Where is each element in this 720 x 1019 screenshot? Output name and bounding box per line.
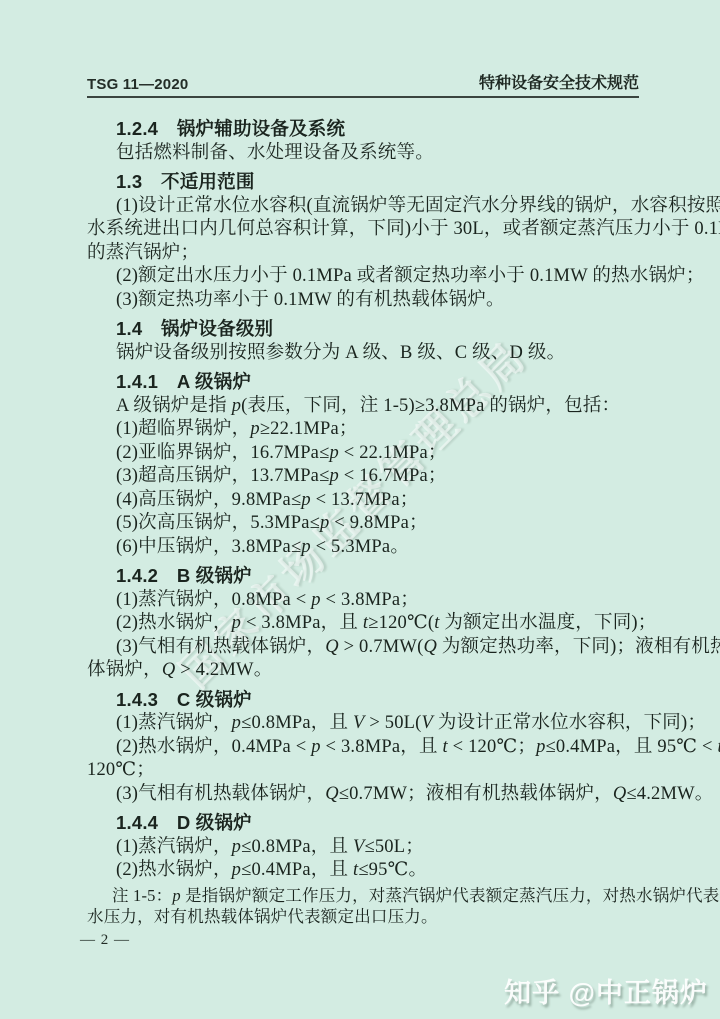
text-line: (4)高压锅炉，9.8MPa≤p < 13.7MPa； [87, 489, 639, 513]
brand-watermark: 知乎 @中正锅炉 [504, 971, 708, 1010]
text-segment: (3)额定热功率小于 0.1MW 的有机热载体锅炉。 [116, 290, 505, 310]
page-content: TSG 11—2020 特种设备安全技术规范 1.2.4 锅炉辅助设备及系统包括… [87, 70, 639, 927]
text-segment: (5)次高压锅炉，5.3MPa≤ [116, 513, 320, 533]
text-segment: 水压力，对有机热载体锅炉代表额定出口压力。 [87, 907, 438, 926]
section-heading: 1.4.1 A 级锅炉 [87, 370, 639, 394]
variable-symbol: p [311, 590, 320, 610]
text-segment: (3)气相有机热载体锅炉， [116, 637, 325, 657]
text-segment: 水系统进出口内几何总容积计算，下同)小于 30L，或者额定蒸汽压力小于 0.1M… [87, 219, 720, 239]
text-segment: < 16.7MPa； [339, 466, 447, 486]
text-segment: ≤4.2MW。 [626, 784, 713, 804]
text-segment: < 3.8MPa，且 [241, 613, 363, 633]
variable-symbol: p [172, 886, 180, 905]
text-segment: < 120℃； [448, 737, 536, 757]
section-heading: 1.3 不适用范围 [87, 170, 639, 194]
text-segment: > 4.2MW。 [175, 660, 272, 680]
document-body: 1.2.4 锅炉辅助设备及系统包括燃料制备、水处理设备及系统等。1.3 不适用范… [87, 117, 639, 927]
text-line: (3)气相有机热载体锅炉，Q≤0.7MW；液相有机热载体锅炉，Q≤4.2MW。 [87, 783, 639, 807]
section-heading: 1.4.4 D 级锅炉 [87, 811, 639, 835]
text-segment: (2)热水锅炉， [116, 860, 232, 880]
text-segment: (2)热水锅炉， [116, 613, 232, 633]
section-heading: 1.2.4 锅炉辅助设备及系统 [87, 117, 639, 141]
text-line: (1)蒸汽锅炉，p≤0.8MPa，且 V≤50L； [87, 836, 639, 860]
variable-symbol: V [422, 713, 434, 733]
text-segment: 锅炉设备级别按照参数分为 A 级、B 级、C 级、D 级。 [116, 343, 565, 363]
text-line: (1)超临界锅炉，p≥22.1MPa； [87, 418, 639, 442]
text-segment: ≥120℃( [368, 613, 434, 633]
variable-symbol: p [329, 466, 338, 486]
text-segment: 是指锅炉额定工作压力，对蒸汽锅炉代表额定蒸汽压力，对热水锅炉代表额定出 [181, 886, 720, 905]
text-segment: 注 1-5： [112, 886, 172, 905]
variable-symbol: V [353, 837, 365, 857]
section-heading: 1.4 锅炉设备级别 [87, 317, 639, 341]
text-segment: 为设计正常水位水容积，下同)； [433, 713, 706, 733]
variable-symbol: Q [325, 637, 339, 657]
header-doc-code: TSG 11—2020 [87, 76, 188, 93]
variable-symbol: p [232, 837, 241, 857]
text-segment: < 22.1MPa； [339, 443, 447, 463]
text-segment: 120℃； [87, 760, 155, 780]
text-segment: (1)蒸汽锅炉， [116, 837, 232, 857]
text-line: 注 1-5：p 是指锅炉额定工作压力，对蒸汽锅炉代表额定蒸汽压力，对热水锅炉代表… [87, 885, 639, 906]
text-segment: 1.4.3 C 级锅炉 [116, 689, 252, 710]
text-segment: < 3.8MPa； [321, 590, 419, 610]
text-segment: (2)热水锅炉，0.4MPa < [116, 737, 311, 757]
variable-symbol: p [329, 443, 338, 463]
text-line: (5)次高压锅炉，5.3MPa≤p < 9.8MPa； [87, 512, 639, 536]
variable-symbol: Q [613, 784, 627, 804]
text-line: 体锅炉，Q > 4.2MW。 [87, 659, 639, 683]
text-line: 锅炉设备级别按照参数分为 A 级、B 级、C 级、D 级。 [87, 342, 639, 366]
text-line: 120℃； [87, 759, 639, 783]
text-line: (1)蒸汽锅炉，p≤0.8MPa，且 V > 50L(V 为设计正常水位水容积，… [87, 712, 639, 736]
text-line: (3)额定热功率小于 0.1MW 的有机热载体锅炉。 [87, 289, 639, 313]
text-segment: (1)超临界锅炉， [116, 419, 250, 439]
text-line: (3)超高压锅炉，13.7MPa≤p < 16.7MPa； [87, 465, 639, 489]
text-line: (6)中压锅炉，3.8MPa≤p < 5.3MPa。 [87, 536, 639, 560]
text-line: A 级锅炉是指 p(表压，下同，注 1-5)≥3.8MPa 的锅炉，包括： [87, 395, 639, 419]
header-doc-title: 特种设备安全技术规范 [479, 70, 639, 93]
variable-symbol: p [232, 396, 241, 416]
variable-symbol: p [232, 713, 241, 733]
text-segment: ≤50L； [365, 837, 424, 857]
text-segment: 为额定出水温度，下同)； [440, 613, 657, 633]
text-segment: (1)设计正常水位水容积(直流锅炉等无固定汽水分界线的锅炉，水容积按照汽 [116, 196, 720, 216]
text-segment: < 13.7MPa； [311, 490, 419, 510]
text-segment: ≤0.8MPa，且 [241, 713, 353, 733]
text-segment: A 级锅炉是指 [116, 396, 232, 416]
variable-symbol: p [250, 419, 259, 439]
text-line: (2)亚临界锅炉，16.7MPa≤p < 22.1MPa； [87, 442, 639, 466]
text-segment: > 50L( [365, 713, 422, 733]
variable-symbol: p [232, 860, 241, 880]
text-segment: 1.4.1 A 级锅炉 [116, 371, 251, 392]
text-segment: 1.4.4 D 级锅炉 [116, 812, 252, 833]
text-line: (3)气相有机热载体锅炉，Q > 0.7MW(Q 为额定热功率，下同)；液相有机… [87, 636, 639, 660]
text-segment: ≤0.4MPa，且 [241, 860, 353, 880]
text-line: 包括燃料制备、水处理设备及系统等。 [87, 142, 639, 166]
text-segment: 体锅炉， [87, 660, 162, 680]
page-header: TSG 11—2020 特种设备安全技术规范 [87, 70, 639, 98]
text-line: (2)热水锅炉，0.4MPa < p < 3.8MPa，且 t < 120℃；p… [87, 736, 639, 760]
variable-symbol: Q [325, 784, 339, 804]
text-line: (2)热水锅炉，p≤0.4MPa，且 t≤95℃。 [87, 859, 639, 883]
text-line: (2)热水锅炉，p < 3.8MPa，且 t≥120℃(t 为额定出水温度，下同… [87, 612, 639, 636]
text-segment: (6)中压锅炉，3.8MPa≤ [116, 537, 301, 557]
variable-symbol: V [353, 713, 365, 733]
text-line: 水系统进出口内几何总容积计算，下同)小于 30L，或者额定蒸汽压力小于 0.1M… [87, 218, 639, 242]
variable-symbol: Q [162, 660, 176, 680]
text-line: (1)蒸汽锅炉，0.8MPa < p < 3.8MPa； [87, 589, 639, 613]
variable-symbol: p [311, 737, 320, 757]
section-heading: 1.4.3 C 级锅炉 [87, 688, 639, 712]
text-segment: 1.3 不适用范围 [116, 171, 255, 192]
text-segment: ≤0.4MPa，且 95℃ < [546, 737, 718, 757]
document-page: 国家市场监督管理总局 TSG 11—2020 特种设备安全技术规范 1.2.4 … [0, 0, 720, 1019]
text-segment: (3)气相有机热载体锅炉， [116, 784, 325, 804]
text-segment: (2)额定出水压力小于 0.1MPa 或者额定热功率小于 0.1MW 的热水锅炉… [116, 266, 705, 286]
text-segment: (表压，下同，注 1-5)≥3.8MPa 的锅炉，包括： [241, 396, 620, 416]
text-segment: > 0.7MW( [339, 637, 424, 657]
text-segment: (1)蒸汽锅炉， [116, 713, 232, 733]
section-heading: 1.4.2 B 级锅炉 [87, 564, 639, 588]
text-segment: (1)蒸汽锅炉，0.8MPa < [116, 590, 311, 610]
text-segment: < 3.8MPa，且 [321, 737, 443, 757]
text-segment: (2)亚临界锅炉，16.7MPa≤ [116, 443, 329, 463]
variable-symbol: p [301, 490, 310, 510]
text-segment: 包括燃料制备、水处理设备及系统等。 [116, 143, 434, 163]
text-line: (2)额定出水压力小于 0.1MPa 或者额定热功率小于 0.1MW 的热水锅炉… [87, 265, 639, 289]
text-line: 水压力，对有机热载体锅炉代表额定出口压力。 [87, 906, 639, 927]
text-line: 的蒸汽锅炉； [87, 242, 639, 266]
variable-symbol: p [232, 613, 241, 633]
text-segment: ≤0.7MW；液相有机热载体锅炉， [339, 784, 613, 804]
text-segment: ≤95℃。 [358, 860, 427, 880]
text-segment: ≤0.8MPa，且 [241, 837, 353, 857]
text-segment: 1.4 锅炉设备级别 [116, 318, 273, 339]
text-segment: < 9.8MPa； [329, 513, 427, 533]
text-segment: 的蒸汽锅炉； [87, 243, 199, 263]
text-segment: (4)高压锅炉，9.8MPa≤ [116, 490, 301, 510]
variable-symbol: p [536, 737, 545, 757]
text-segment: 为额定热功率，下同)；液相有机热载 [437, 637, 720, 657]
text-segment: 1.4.2 B 级锅炉 [116, 565, 252, 586]
text-segment: ≥22.1MPa； [260, 419, 358, 439]
text-segment: < 5.3MPa。 [311, 537, 409, 557]
text-line: (1)设计正常水位水容积(直流锅炉等无固定汽水分界线的锅炉，水容积按照汽 [87, 195, 639, 219]
text-segment: (3)超高压锅炉，13.7MPa≤ [116, 466, 329, 486]
variable-symbol: Q [423, 637, 437, 657]
variable-symbol: p [301, 537, 310, 557]
page-number: — 2 — [80, 932, 130, 949]
text-segment: 1.2.4 锅炉辅助设备及系统 [116, 118, 345, 139]
